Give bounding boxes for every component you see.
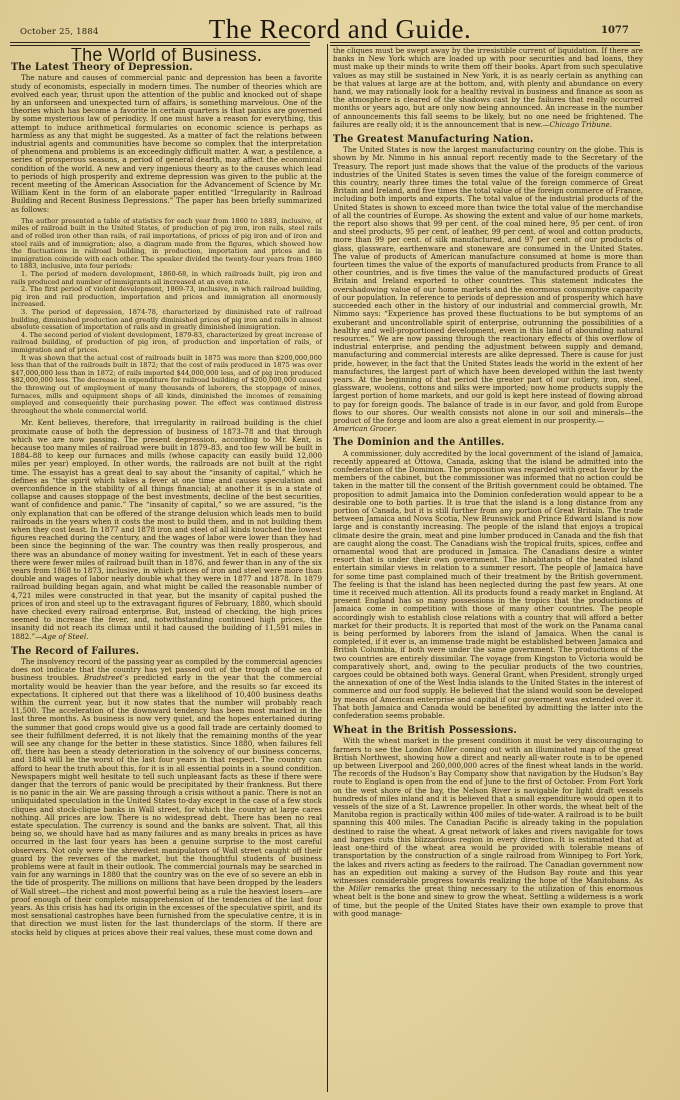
article-text: coming out with an illuminated map of th… [333, 745, 643, 893]
quoted-paragraph: It was shown that the actual cost of rai… [11, 355, 322, 416]
article-paragraph: With the wheat market in the present con… [333, 737, 643, 917]
page-number: 1077 [601, 25, 629, 36]
article-paragraph: the cliques must be swept away by the ir… [333, 47, 643, 129]
article-heading: The Latest Theory of Depression. [11, 63, 297, 71]
article-text: The United States is now the largest man… [333, 145, 643, 425]
quoted-paragraph: The author presented a table of statisti… [11, 218, 322, 271]
quoted-paragraph: 2. The first period of violent developme… [11, 286, 322, 309]
quoted-paragraph: 3. The period of depression, 1874-78, ch… [11, 309, 322, 332]
article-heading: The Greatest Manufacturing Nation. [333, 135, 618, 143]
column-divider [327, 44, 328, 1092]
newspaper-title: The Record and Guide. [0, 14, 680, 45]
article-heading: The Record of Failures. [11, 647, 297, 655]
header-rule [10, 42, 310, 43]
header-rule [330, 42, 640, 43]
quoted-paragraph: 4. The second period of violent developm… [11, 332, 322, 355]
article-source: Chicago Tribune. [550, 120, 612, 129]
article-paragraph: The insolvency record of the passing yea… [11, 658, 322, 937]
article-text: the cliques must be swept away by the ir… [333, 47, 643, 129]
article-paragraph: Mr. Kent believes, therefore, that irreg… [11, 419, 322, 640]
article-source: American Grocer. [333, 424, 397, 433]
header-rule [330, 45, 640, 46]
article-text: Mr. Kent believes, therefore, that irreg… [11, 418, 322, 640]
section-title: The World of Business. [23, 51, 309, 59]
newspaper-page: October 25, 1884 The Record and Guide. 1… [0, 0, 680, 1100]
article-heading: The Dominion and the Antilles. [333, 438, 618, 446]
article-text: remarks the great thing necessary to the… [333, 884, 643, 918]
right-column: the cliques must be swept away by the ir… [333, 47, 643, 1095]
article-paragraph: The nature and causes of commercial pani… [11, 74, 322, 213]
article-heading: Wheat in the British Possessions. [333, 726, 618, 734]
left-column: The World of Business. The Latest Theory… [11, 48, 322, 1096]
article-paragraph: The United States is now the largest man… [333, 146, 643, 433]
article-paragraph: A commissioner, duly accredited by the l… [333, 450, 643, 721]
masthead: October 25, 1884 The Record and Guide. 1… [0, 0, 680, 44]
quoted-paragraph: 1. The period of modern development, 186… [11, 271, 322, 286]
article-source: Age of Steel. [42, 632, 88, 641]
article-text: predicted early in the year that the com… [11, 673, 322, 936]
header-rule [10, 45, 310, 46]
